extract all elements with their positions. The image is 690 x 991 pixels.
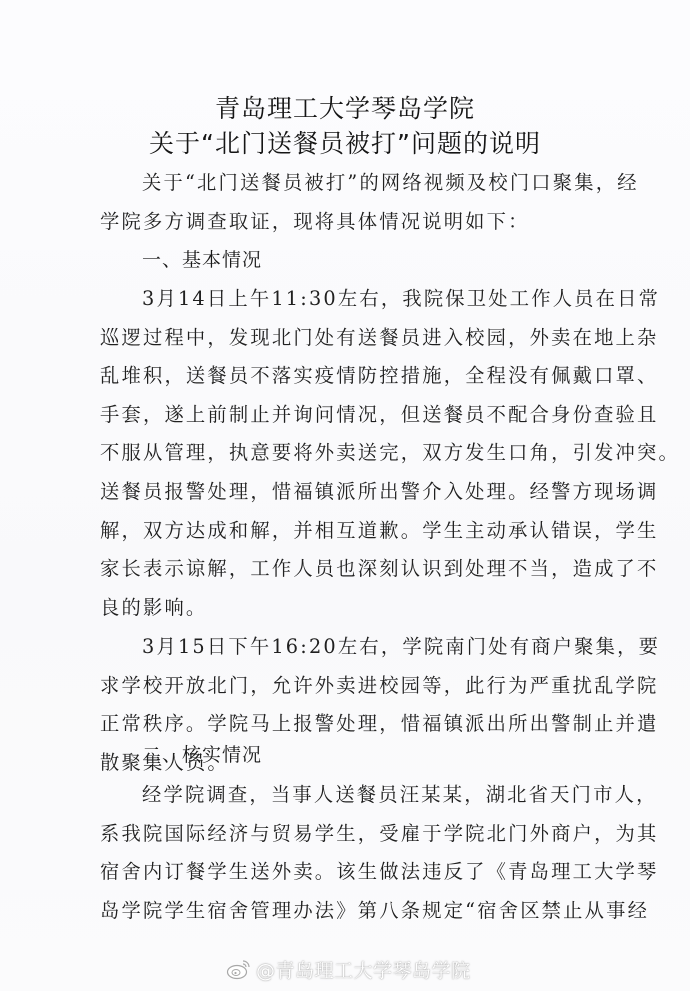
document-title-line1: 青岛理工大学琴岛学院 (0, 89, 690, 125)
text-line: 岛学院学生宿舍管理办法》第八条规定“宿舍区禁止从事经 (100, 892, 570, 931)
section-heading-basic: 一、基本情况 (100, 241, 570, 280)
intro-paragraph: 关于“北门送餐员被打”的网络视频及校门口聚集，经 学院多方调查取证，现将具体情况… (100, 164, 570, 241)
section-heading: 一、基本情况 (100, 241, 570, 280)
text-line: 巡逻过程中，发现北门处有送餐员进入校园，外卖在地上杂 (100, 319, 570, 358)
section-heading-verification: 二、核实情况 (100, 736, 570, 775)
document-title-line2: 关于“北门送餐员被打”问题的说明 (0, 124, 690, 160)
watermark-text: @青岛理工大学琴岛学院 (256, 956, 471, 983)
text-line: 3月15日下午16:20左右，学院南门处有商户聚集，要 (100, 628, 570, 667)
text-line: 关于“北门送餐员被打”的网络视频及校门口聚集，经 (100, 164, 570, 203)
document-page: 青岛理工大学琴岛学院 关于“北门送餐员被打”问题的说明 关于“北门送餐员被打”的… (0, 0, 690, 991)
section-heading: 二、核实情况 (100, 736, 570, 775)
text-line: 3月14日上午11:30左右，我院保卫处工作人员在日常 (100, 280, 570, 319)
text-line: 不服从管理，执意要将外卖送完，双方发生口角，引发冲突。 (100, 434, 570, 473)
paragraph-march-14: 3月14日上午11:30左右，我院保卫处工作人员在日常 巡逻过程中，发现北门处有… (100, 280, 570, 627)
text-line: 手套，遂上前制止并询问情况，但送餐员不配合身份查验且 (100, 396, 570, 435)
text-line: 良的影响。 (100, 589, 570, 628)
text-line: 解，双方达成和解，并相互道歉。学生主动承认错误，学生 (100, 512, 570, 551)
text-line: 经学院调查，当事人送餐员汪某某，湖北省天门市人， (100, 776, 570, 815)
text-line: 系我院国际经济与贸易学生，受雇于学院北门外商户，为其 (100, 815, 570, 854)
text-line: 家长表示谅解，工作人员也深刻认识到处理不当，造成了不 (100, 550, 570, 589)
weibo-watermark: @青岛理工大学琴岛学院 (226, 954, 471, 984)
weibo-icon (226, 958, 252, 980)
text-line: 送餐员报警处理，惜福镇派所出警介入处理。经警方现场调 (100, 473, 570, 512)
paragraph-verification: 经学院调查，当事人送餐员汪某某，湖北省天门市人， 系我院国际经济与贸易学生，受雇… (100, 776, 570, 930)
text-line: 乱堆积，送餐员不落实疫情防控措施，全程没有佩戴口罩、 (100, 357, 570, 396)
text-line: 求学校开放北门，允许外卖进校园等，此行为严重扰乱学院 (100, 667, 570, 706)
text-line: 宿舍内订餐学生送外卖。该生做法违反了《青岛理工大学琴 (100, 853, 570, 892)
text-line: 学院多方调查取证，现将具体情况说明如下： (100, 203, 570, 242)
